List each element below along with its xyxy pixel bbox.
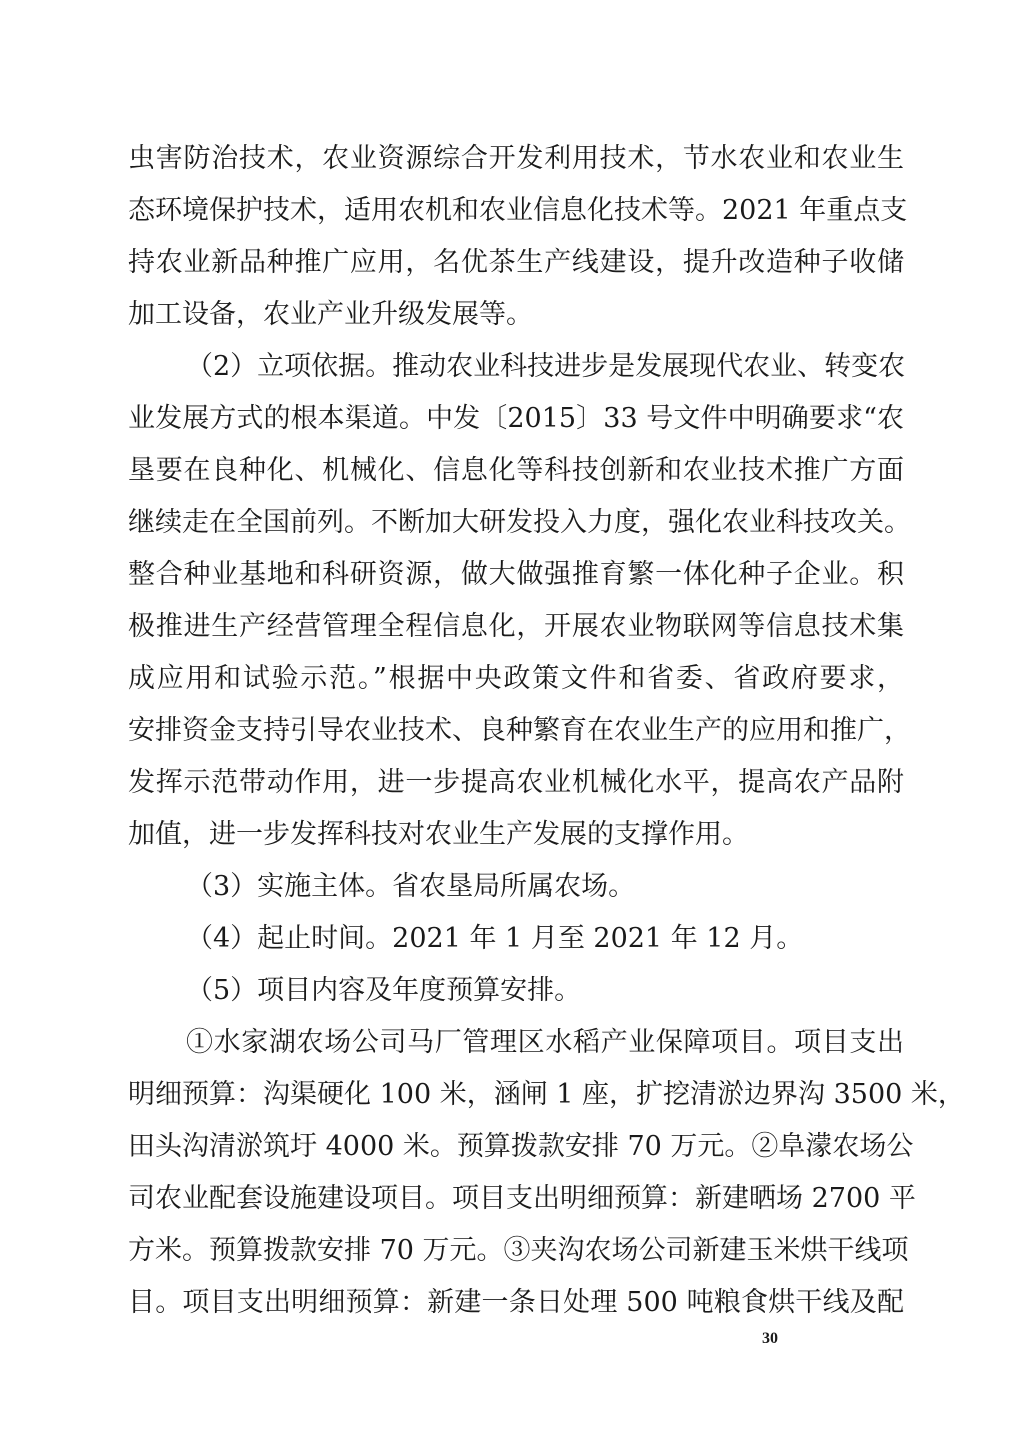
section-heading-basis: （2）立项依据。推动农业科技进步是发展现代农业、转变农 <box>128 341 904 393</box>
section-heading-period: （4）起止时间。2021 年 1 月至 2021 年 12 月。 <box>128 913 904 965</box>
text-line: 加值，进一步发挥科技对农业生产发展的支撑作用。 <box>128 809 904 861</box>
text-line: 安排资金支持引导农业技术、良种繁育在农业生产的应用和推广， <box>128 705 904 757</box>
text-line: 持农业新品种推广应用，名优茶生产线建设，提升改造种子收储 <box>128 237 904 289</box>
text-line: 方米。预算拨款安排 70 万元。③夹沟农场公司新建玉米烘干线项 <box>128 1225 904 1277</box>
text-line: 明细预算：沟渠硬化 100 米，涵闸 1 座，扩挖清淤边界沟 3500 米， <box>128 1069 904 1121</box>
page-number: 30 <box>762 1330 778 1348</box>
text-line: 继续走在全国前列。不断加大研发投入力度，强化农业科技攻关。 <box>128 497 904 549</box>
text-line: 业发展方式的根本渠道。中发〔2015〕33 号文件中明确要求“农 <box>128 393 904 445</box>
document-body: 虫害防治技术，农业资源综合开发利用技术，节水农业和农业生 态环境保护技术，适用农… <box>128 133 904 1329</box>
text-line: 田头沟清淤筑圩 4000 米。预算拨款安排 70 万元。②阜濛农场公 <box>128 1121 904 1173</box>
text-line: 整合种业基地和科研资源，做大做强推育繁一体化种子企业。积 <box>128 549 904 601</box>
text-line: 发挥示范带动作用，进一步提高农业机械化水平，提高农产品附 <box>128 757 904 809</box>
text-line: 垦要在良种化、机械化、信息化等科技创新和农业技术推广方面 <box>128 445 904 497</box>
project-item-1: ①水家湖农场公司马厂管理区水稻产业保障项目。项目支出 <box>128 1017 904 1069</box>
text-line: 加工设备，农业产业升级发展等。 <box>128 289 904 341</box>
text-line: 虫害防治技术，农业资源综合开发利用技术，节水农业和农业生 <box>128 133 904 185</box>
text-line: 司农业配套设施建设项目。项目支出明细预算：新建晒场 2700 平 <box>128 1173 904 1225</box>
text-line: 目。项目支出明细预算：新建一条日处理 500 吨粮食烘干线及配 <box>128 1277 904 1329</box>
text-line: 态环境保护技术，适用农机和农业信息化技术等。2021 年重点支 <box>128 185 904 237</box>
section-heading-implementer: （3）实施主体。省农垦局所属农场。 <box>128 861 904 913</box>
section-heading-content: （5）项目内容及年度预算安排。 <box>128 965 904 1017</box>
text-line: 极推进生产经营管理全程信息化，开展农业物联网等信息技术集 <box>128 601 904 653</box>
text-line: 成应用和试验示范。”根据中央政策文件和省委、省政府要求， <box>128 653 904 705</box>
